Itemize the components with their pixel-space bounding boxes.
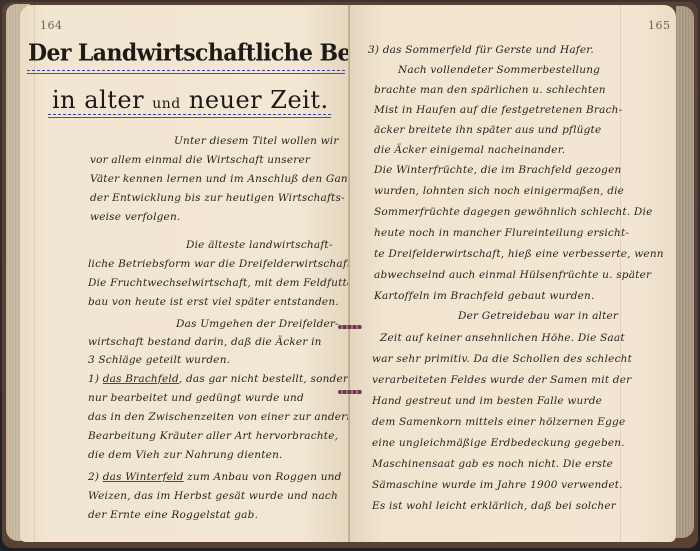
text-line: Mist in Haufen auf die festgetretenen Br…: [374, 99, 622, 121]
right-page-stack-edge: [676, 6, 694, 538]
page-number-left: 164: [40, 19, 63, 32]
binding-thread-lower: [338, 390, 362, 394]
text-line: heute noch in mancher Flureinteilung ers…: [374, 222, 629, 244]
text-line: Sommerfrüchte dagegen gewöhnlich schlech…: [374, 201, 653, 223]
text-line: Die Winterfrüchte, die im Brachfeld gezo…: [374, 159, 621, 181]
text-line: die dem Vieh zur Nahrung dienten.: [88, 444, 283, 466]
text-line: äcker breitete ihn später aus und pflügt…: [374, 119, 601, 141]
text-line: Es ist wohl leicht erklärlich, daß bei s…: [372, 495, 616, 517]
text-line: eine ungleichmäßige Erdbedeckung gegeben…: [372, 432, 625, 454]
text-line: die Äcker einigemal nacheinander.: [374, 139, 565, 161]
text-line: Kartoffeln im Brachfeld gebaut wurden.: [374, 285, 595, 307]
title-part-neuer-zeit: neuer Zeit.: [189, 86, 329, 114]
text-line: Nach vollendeter Sommerbestellung: [398, 59, 600, 81]
text-line: bau von heute ist erst viel später entst…: [88, 291, 339, 313]
binding-thread-upper: [338, 325, 362, 329]
text-line: te Dreifelderwirtschaft, hieß eine verbe…: [374, 243, 664, 265]
book-photo: 164 Der Landwirtschaftliche Betrieb in a…: [0, 0, 700, 551]
text-line: verarbeiteten Feldes wurde der Samen mit…: [372, 369, 631, 391]
text-line: brachte man den spärlichen u. schlechten: [374, 79, 606, 101]
text-line: Der Getreidebau war in alter: [458, 305, 618, 327]
title-part-und: und: [152, 96, 181, 112]
title-underline-2: [48, 114, 331, 118]
left-margin-line: [34, 5, 35, 542]
text-line: abwechselnd auch einmal Hülsenfrüchte u.…: [374, 264, 651, 286]
title-part-in-alter: in alter: [52, 86, 144, 114]
text-line: Sämaschine wurde im Jahre 1900 verwendet…: [372, 474, 623, 496]
page-number-right: 165: [648, 19, 671, 32]
underlined-term: das Winterfeld: [103, 471, 184, 483]
title-underline-1: [27, 70, 345, 74]
text-line: 3) das Sommerfeld für Gerste und Hafer.: [368, 39, 594, 61]
title-line-2: in alter und neuer Zeit.: [52, 86, 329, 114]
text-line: dem Samenkorn mittels einer hölzernen Eg…: [372, 411, 625, 433]
text-line: war sehr primitiv. Da die Schollen des s…: [372, 348, 632, 370]
text-line: Maschinensaat gab es noch nicht. Die ers…: [372, 453, 613, 475]
text-line: weise verfolgen.: [90, 206, 180, 228]
underlined-term: das Brachfeld: [103, 373, 179, 385]
text-line: Hand gestreut und im besten Falle wurde: [372, 390, 602, 412]
text-line: wurden, lohnten sich noch einigermaßen, …: [374, 180, 624, 202]
text-line: Zeit auf keiner ansehnlichen Höhe. Die S…: [380, 327, 625, 349]
text-line: der Ernte eine Roggelstat gab.: [88, 504, 258, 526]
